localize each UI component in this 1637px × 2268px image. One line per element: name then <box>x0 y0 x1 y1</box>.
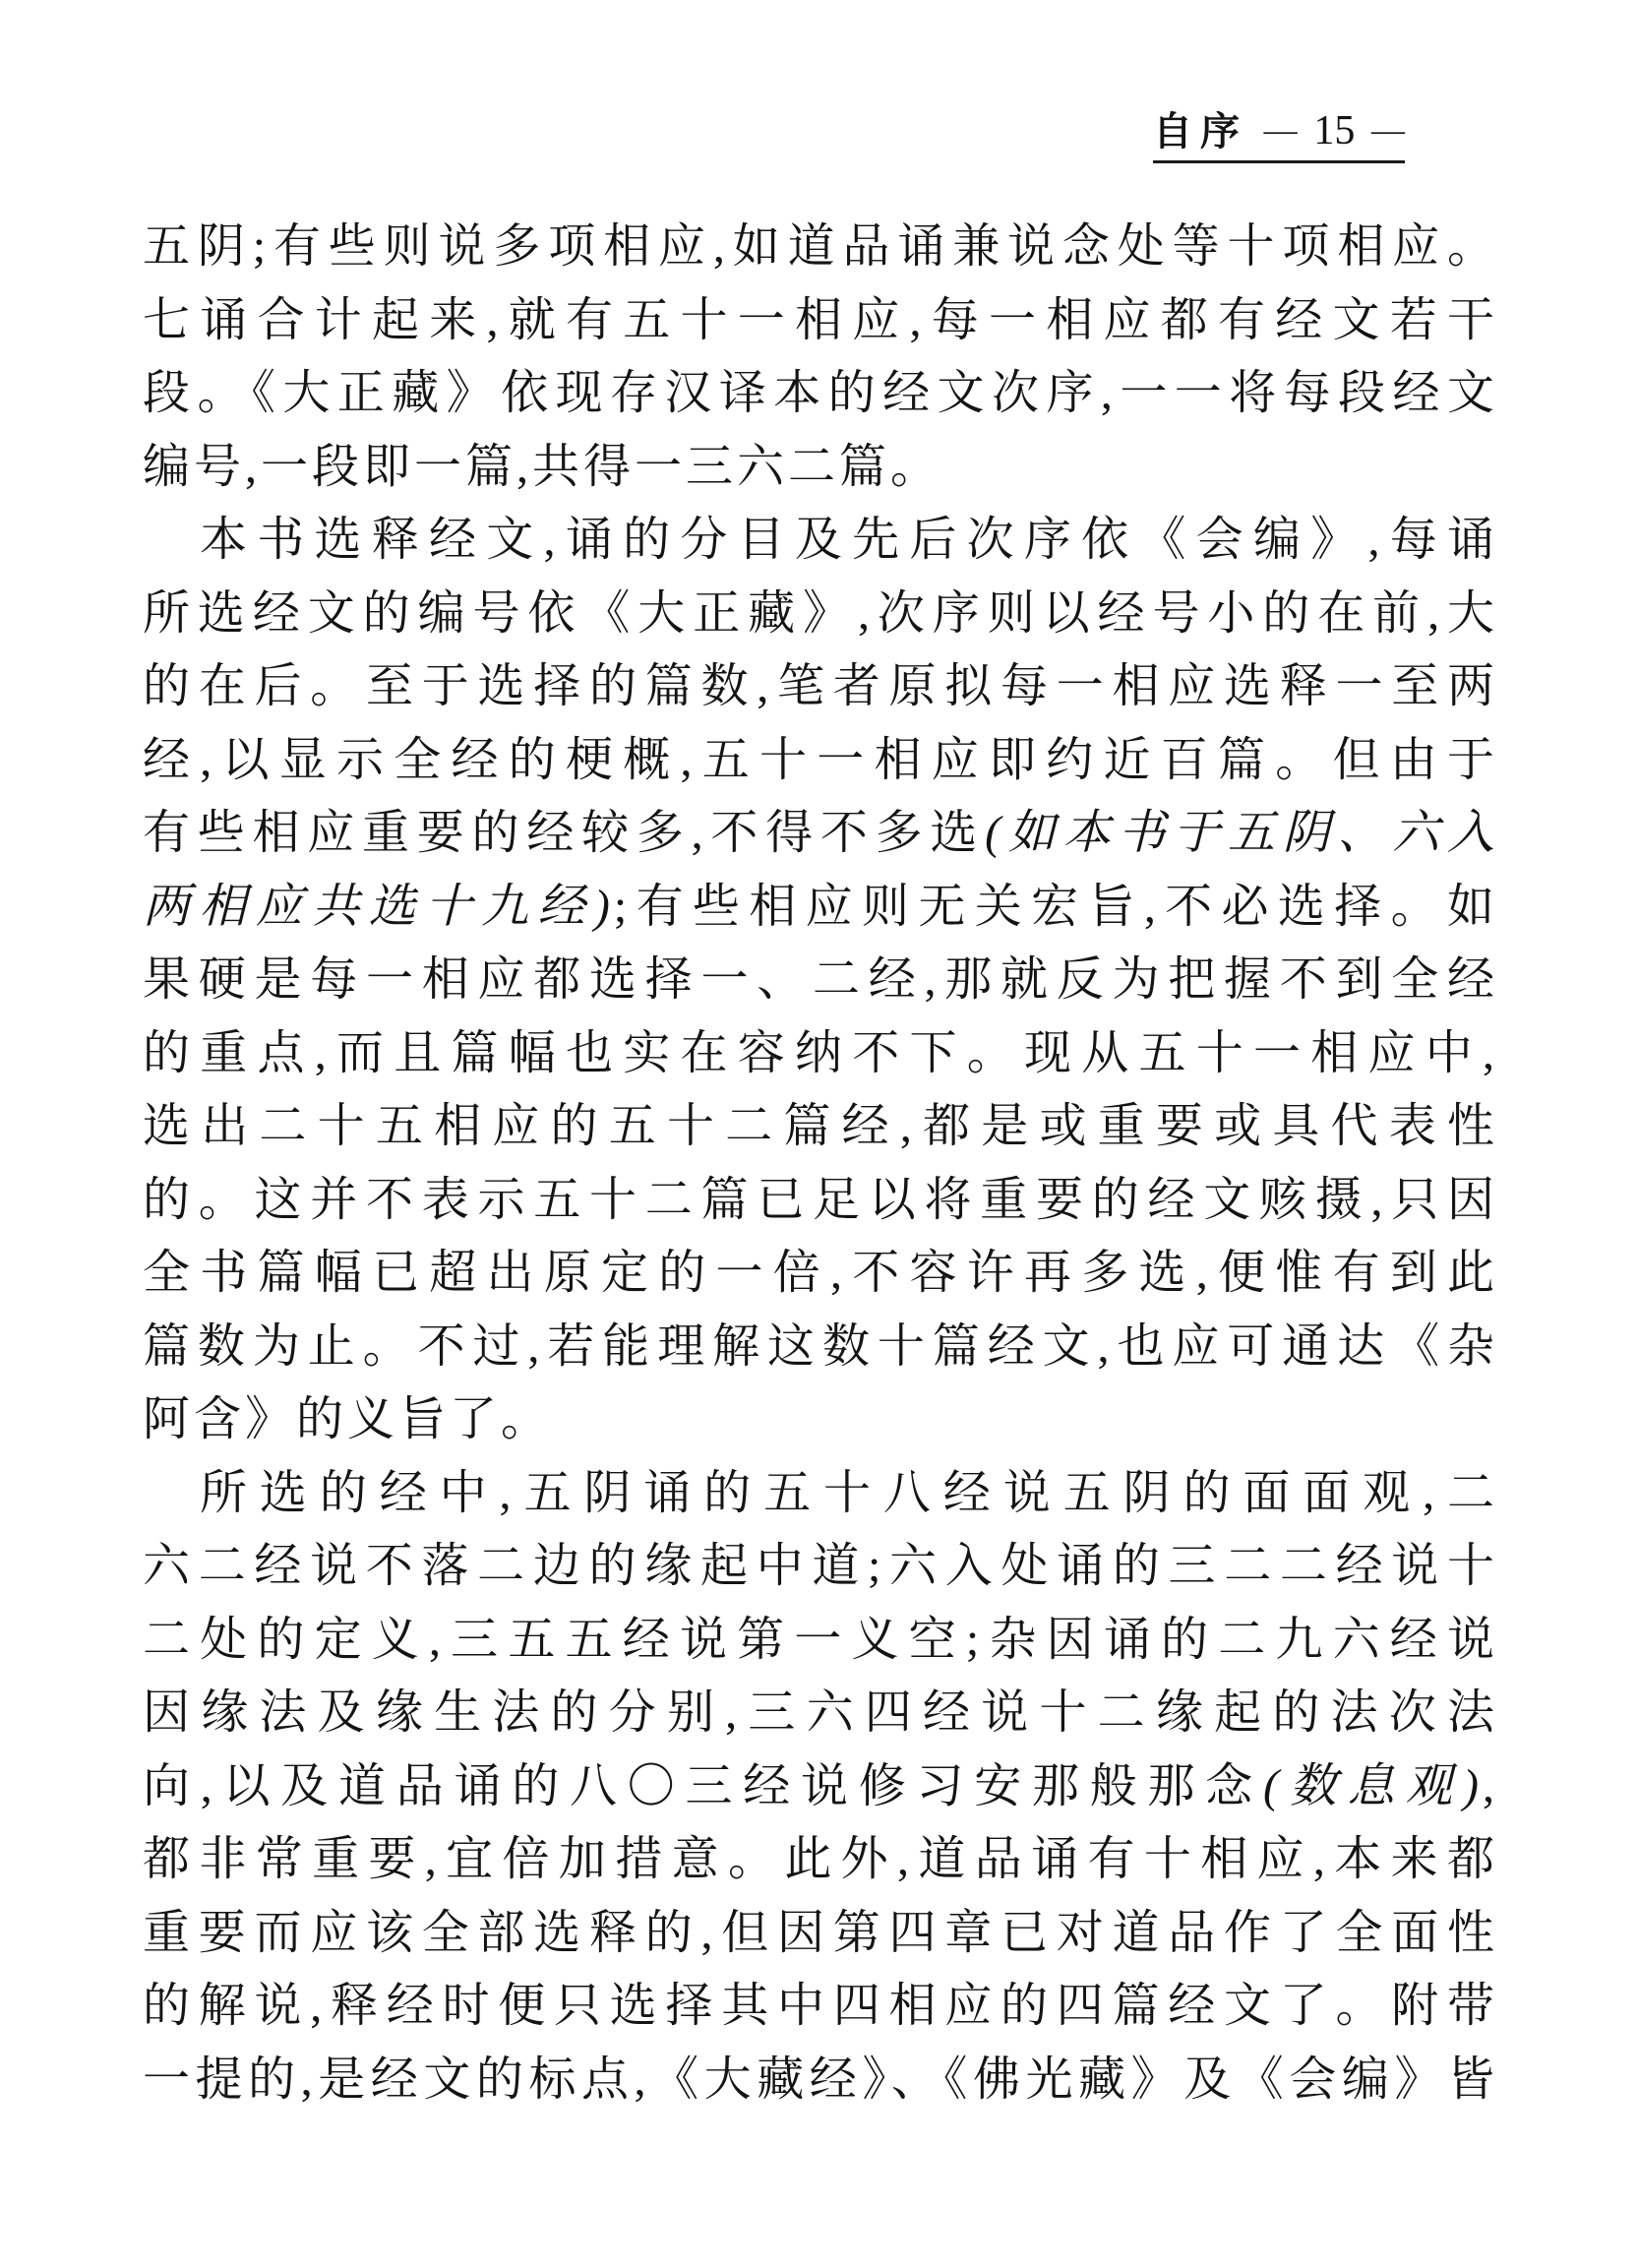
text-segment: 的解说,释经时便只选择其中四相应的四篇经文了。附带 <box>143 1980 1498 2032</box>
book-page: 自序 — 15 — 五阴;有些则说多项相应,如道品诵兼说念处等十项相应。七诵合计… <box>0 0 1637 2268</box>
page-number-dash-right: — <box>1371 114 1405 148</box>
running-head: 自序 — 15 — <box>1153 110 1405 163</box>
text-line: 所选经文的编号依《大正藏》,次序则以经号小的在前,大 <box>143 578 1498 651</box>
kai-text-segment: 两相应共选十九经) <box>143 881 614 933</box>
text-line: 因缘法及缘生法的分别,三六四经说十二缘起的法次法 <box>143 1677 1498 1750</box>
text-segment: 的。这并不表示五十二篇已足以将重要的经文赅摄,只因 <box>143 1174 1498 1226</box>
text-line: 有些相应重要的经较多,不得不多选(如本书于五阴、六入 <box>143 797 1498 871</box>
text-line: 五阴;有些则说多项相应,如道品诵兼说念处等十项相应。 <box>143 211 1498 284</box>
text-segment: 所选的经中,五阴诵的五十八经说五阴的面面观,二 <box>200 1467 1498 1519</box>
text-segment: 向,以及道品诵的八〇三经说修习安那般那念 <box>143 1760 1263 1812</box>
text-segment: 本书选释经文,诵的分目及先后次序依《会编》,每诵 <box>200 514 1498 566</box>
text-segment: 因缘法及缘生法的分别,三六四经说十二缘起的法次法 <box>143 1686 1498 1739</box>
text-line: 本书选释经文,诵的分目及先后次序依《会编》,每诵 <box>143 504 1498 578</box>
page-number-dash-left: — <box>1264 114 1298 148</box>
text-segment: 有些相应重要的经较多,不得不多选 <box>143 807 985 859</box>
text-segment: , <box>1483 1760 1498 1812</box>
text-segment: 选出二十五相应的五十二篇经,都是或重要或具代表性 <box>143 1100 1498 1152</box>
page-number: 15 <box>1313 110 1355 152</box>
text-line: 篇数为止。不过,若能理解这数十篇经文,也应可通达《杂 <box>143 1311 1498 1384</box>
text-segment: 的在后。至于选择的篇数,笔者原拟每一相应选释一至两 <box>143 660 1498 712</box>
text-line: 选出二十五相应的五十二篇经,都是或重要或具代表性 <box>143 1090 1498 1164</box>
text-segment: 七诵合计起来,就有五十一相应,每一相应都有经文若干 <box>143 294 1498 346</box>
text-segment: 所选经文的编号依《大正藏》,次序则以经号小的在前,大 <box>143 587 1498 640</box>
text-line: 果硬是每一相应都选择一、二经,那就反为把握不到全经 <box>143 944 1498 1017</box>
text-line: 段。《大正藏》依现存汉译本的经文次序,一一将每段经文 <box>143 357 1498 431</box>
text-line: 六二经说不落二边的缘起中道;六入处诵的三二二经说十 <box>143 1530 1498 1604</box>
text-segment: 果硬是每一相应都选择一、二经,那就反为把握不到全经 <box>143 953 1498 1006</box>
text-segment: 二处的定义,三五五经说第一义空;杂因诵的二九六经说 <box>143 1614 1498 1666</box>
text-segment: 五阴;有些则说多项相应,如道品诵兼说念处等十项相应。 <box>143 220 1498 273</box>
text-segment: 的重点,而且篇幅也实在容纳不下。现从五十一相应中, <box>143 1027 1498 1079</box>
text-line: 向,以及道品诵的八〇三经说修习安那般那念(数息观), <box>143 1750 1498 1824</box>
text-line: 的解说,释经时便只选择其中四相应的四篇经文了。附带 <box>143 1970 1498 2044</box>
text-segment: 六二经说不落二边的缘起中道;六入处诵的三二二经说十 <box>143 1540 1498 1592</box>
section-title: 自序 <box>1153 112 1247 152</box>
body-text: 五阴;有些则说多项相应,如道品诵兼说念处等十项相应。七诵合计起来,就有五十一相应… <box>143 211 1498 2116</box>
text-segment: 篇数为止。不过,若能理解这数十篇经文,也应可通达《杂 <box>143 1320 1498 1373</box>
text-segment: 全书篇幅已超出原定的一倍,不容许再多选,便惟有到此 <box>143 1247 1498 1299</box>
kai-text-segment: (数息观) <box>1263 1760 1483 1812</box>
text-segment: 一提的,是经文的标点,《大藏经》、《佛光藏》及《会编》皆互 <box>143 2053 1498 2117</box>
text-line: 两相应共选十九经);有些相应则无关宏旨,不必选择。如 <box>143 871 1498 945</box>
text-line: 经,以显示全经的梗概,五十一相应即约近百篇。但由于 <box>143 724 1498 798</box>
text-segment: 都非常重要,宜倍加措意。此外,道品诵有十相应,本来都 <box>143 1833 1498 1885</box>
text-line: 重要而应该全部选释的,但因第四章已对道品作了全面性 <box>143 1897 1498 1971</box>
text-line: 都非常重要,宜倍加措意。此外,道品诵有十相应,本来都 <box>143 1823 1498 1897</box>
kai-text-segment: (如本书于五阴、六入 <box>985 807 1498 859</box>
text-line: 七诵合计起来,就有五十一相应,每一相应都有经文若干 <box>143 284 1498 358</box>
text-segment: 段。《大正藏》依现存汉译本的经文次序,一一将每段经文 <box>143 367 1498 419</box>
text-segment: 重要而应该全部选释的,但因第四章已对道品作了全面性 <box>143 1907 1498 1959</box>
text-line: 阿含》的义旨了。 <box>143 1383 1498 1457</box>
text-line: 一提的,是经文的标点,《大藏经》、《佛光藏》及《会编》皆互 <box>143 2044 1498 2117</box>
text-line: 二处的定义,三五五经说第一义空;杂因诵的二九六经说 <box>143 1604 1498 1678</box>
text-line: 全书篇幅已超出原定的一倍,不容许再多选,便惟有到此 <box>143 1237 1498 1311</box>
text-segment: 经,以显示全经的梗概,五十一相应即约近百篇。但由于 <box>143 734 1498 786</box>
text-line: 编号,一段即一篇,共得一三六二篇。 <box>143 431 1498 505</box>
text-line: 所选的经中,五阴诵的五十八经说五阴的面面观,二 <box>143 1457 1498 1531</box>
text-segment: 阿含》的义旨了。 <box>143 1393 552 1445</box>
text-segment: 编号,一段即一篇,共得一三六二篇。 <box>143 441 941 493</box>
text-line: 的。这并不表示五十二篇已足以将重要的经文赅摄,只因 <box>143 1164 1498 1238</box>
text-segment: ;有些相应则无关宏旨,不必选择。如 <box>614 881 1498 933</box>
text-line: 的重点,而且篇幅也实在容纳不下。现从五十一相应中, <box>143 1017 1498 1091</box>
text-line: 的在后。至于选择的篇数,笔者原拟每一相应选释一至两 <box>143 650 1498 724</box>
